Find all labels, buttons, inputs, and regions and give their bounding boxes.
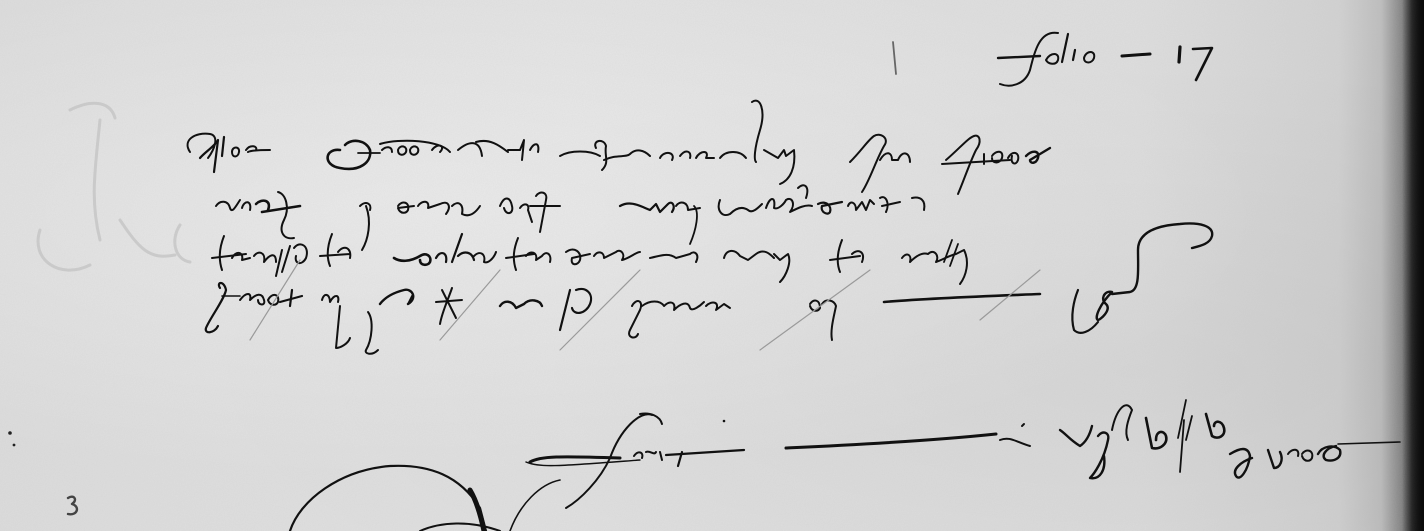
entry-line-2: wegen gelegen bijt Ouga- boldert Oulk xyxy=(210,190,722,216)
facit-ink xyxy=(526,413,996,508)
page-edge-shadow xyxy=(1402,0,1424,531)
folio-label: folio xyxy=(1000,38,1058,68)
folio-dash: — xyxy=(1066,38,1092,68)
total-amount: i vijl lijst gr roe xyxy=(1000,430,1202,456)
bottom-flourish-ink xyxy=(290,466,560,531)
facit-dash: ——— xyxy=(790,430,868,456)
marginal-mark: lb xyxy=(1072,295,1097,321)
manuscript-page: folio — 17 Clos Goedtlandt gecomen van J… xyxy=(0,0,1424,531)
facit-label: facit xyxy=(530,440,588,466)
entry-line-1: Clos Goedtlandt gecomen van Jan Floris xyxy=(185,135,715,161)
entry-line-4: groot in gr v ca 18 gemeten op xyxy=(200,285,608,311)
entry-line-3: tuschen Jan Claes Jan Doos Ernst Jan Cla… xyxy=(210,240,782,266)
bottom-left-number: 3 xyxy=(64,494,81,520)
folio-number: 17 xyxy=(1100,38,1133,68)
folio-heading: folio — 17 xyxy=(1000,40,1133,66)
entry-line-end-dash: —— xyxy=(885,285,937,311)
